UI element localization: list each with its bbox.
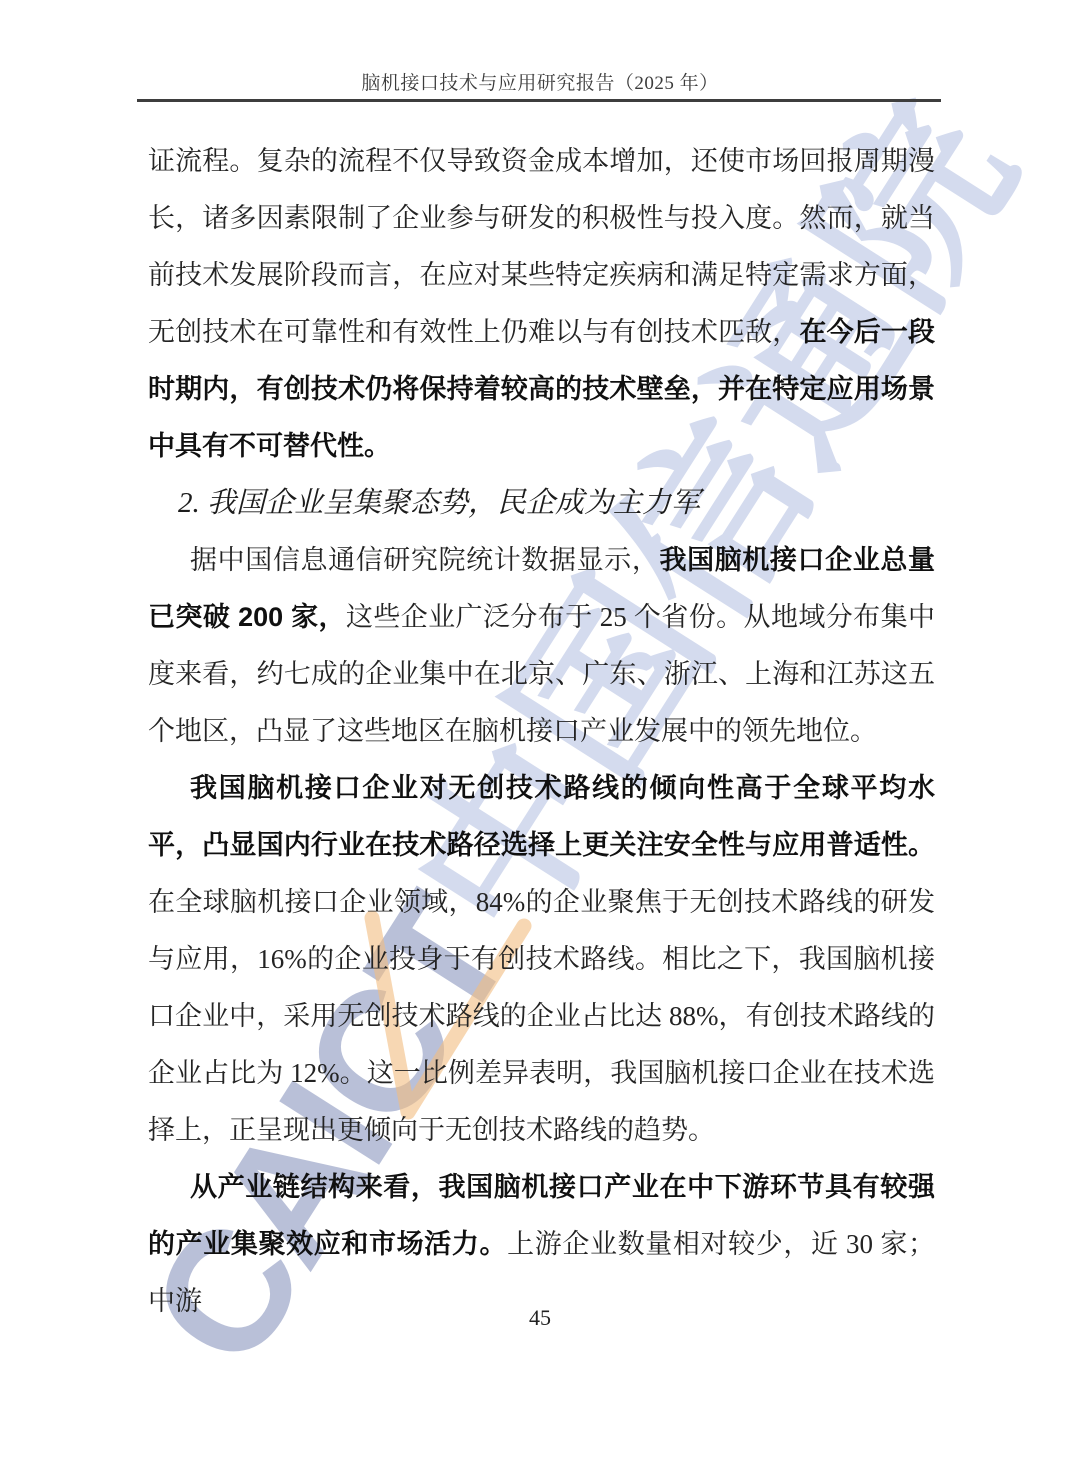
- page-header-title: 脑机接口技术与应用研究报告（2025 年）: [0, 68, 1080, 95]
- paragraph: 我国脑机接口企业对无创技术路线的倾向性高于全球平均水平，凸显国内行业在技术路径选…: [148, 760, 935, 1159]
- text-segment: 据中国信息通信研究院统计数据显示，: [190, 545, 659, 575]
- section-heading-text: 2. 我国企业呈集聚态势，民企成为主力军: [178, 487, 700, 519]
- document-body: 证流程。复杂的流程不仅导致资金成本增加，还使市场回报周期漫长，诸多因素限制了企业…: [148, 133, 935, 1330]
- paragraph: 据中国信息通信研究院统计数据显示，我国脑机接口企业总量已突破 200 家，这些企…: [148, 532, 935, 760]
- page-number: 45: [0, 1305, 1080, 1331]
- text-segment-bold: 我国脑机接口企业对无创技术路线的倾向性高于全球平均水平，凸显国内行业在技术路径选…: [148, 773, 935, 860]
- header-rule: [137, 99, 941, 102]
- text-segment: 在全球脑机接口企业领域，84%的企业聚焦于无创技术路线的研发与应用，16%的企业…: [148, 887, 935, 1145]
- report-page: CAICT中国信通院 脑机接口技术与应用研究报告（2025 年） 证流程。复杂的…: [0, 0, 1080, 1466]
- section-heading: 2. 我国企业呈集聚态势，民企成为主力军: [148, 475, 935, 532]
- paragraph: 证流程。复杂的流程不仅导致资金成本增加，还使市场回报周期漫长，诸多因素限制了企业…: [148, 133, 935, 475]
